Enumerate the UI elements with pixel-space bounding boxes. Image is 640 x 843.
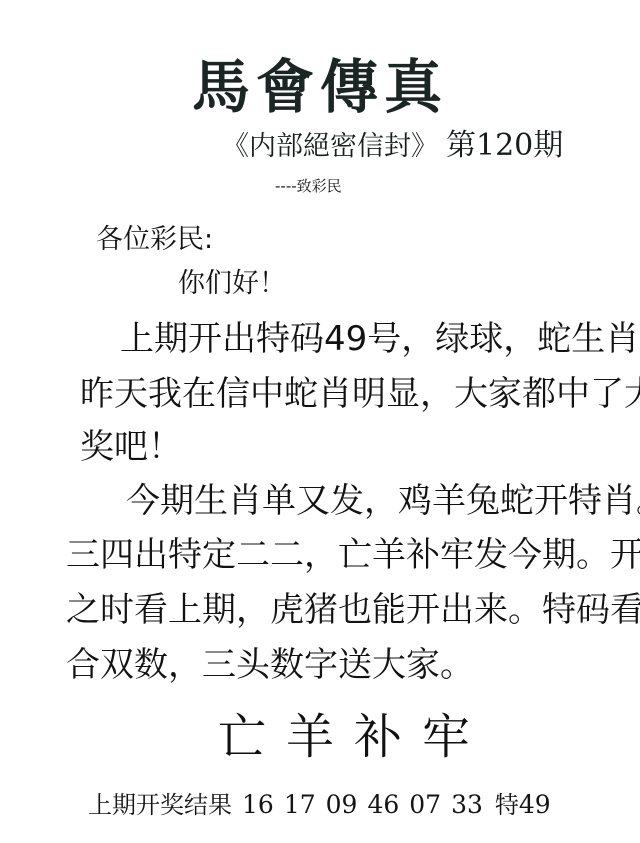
results-label: 上期开奖结果	[88, 791, 232, 819]
letter-line: 今期生肖单又发，鸡羊兔蛇开特肖。	[126, 479, 640, 523]
masthead-title: 馬會傳真	[192, 52, 448, 122]
result-number: 17	[284, 790, 316, 819]
result-number: 16	[242, 790, 274, 819]
subtitle: 《内部絕密信封》第120期	[222, 128, 563, 165]
previous-results: 上期开奖结果161709460733特49	[88, 788, 551, 822]
letter-line: 奖吧！	[80, 425, 182, 469]
letter-greeting: 你们好！	[178, 266, 286, 302]
letter-line: 之时看上期，虎猪也能开出来。特码看好	[66, 588, 640, 632]
dedication: ----致彩民	[275, 176, 342, 196]
result-number: 46	[367, 790, 399, 819]
letter-line: 三四出特定二二，亡羊补牢发今期。开奖	[66, 533, 640, 577]
special-number: 49	[519, 790, 551, 819]
motto-heading: 亡羊补牢	[218, 705, 490, 769]
result-number: 09	[326, 790, 358, 819]
letter-salutation: 各位彩民:	[96, 222, 213, 258]
letter-line: 昨天我在信中蛇肖明显，大家都中了大	[80, 372, 640, 416]
special-label: 特	[495, 791, 519, 819]
letter-line: 合双数，三头数字送大家。	[66, 643, 474, 687]
issue-number: 第120期	[446, 128, 563, 163]
subtitle-label: 《内部絕密信封》	[222, 131, 438, 162]
result-number: 07	[409, 790, 441, 819]
result-number: 33	[451, 790, 483, 819]
letter-line: 上期开出特码49号，绿球，蛇生肖。	[120, 317, 640, 361]
